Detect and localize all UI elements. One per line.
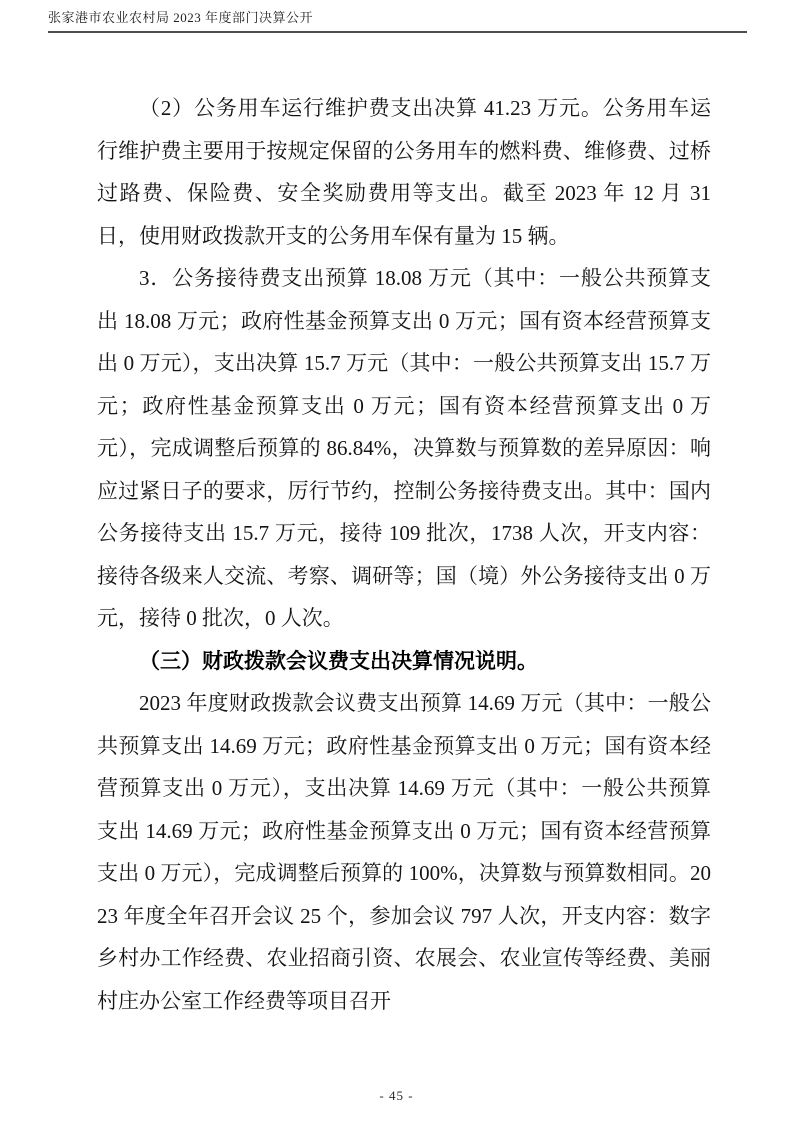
document-body: （2）公务用车运行维护费支出决算 41.23 万元。公务用车运行维护费主要用于按… [97, 87, 711, 1022]
paragraph: 3．公务接待费支出预算 18.08 万元（其中：一般公共预算支出 18.08 万… [97, 257, 711, 640]
page-header-title: 张家港市农业农村局 2023 年度部门决算公开 [48, 10, 747, 33]
paragraph: 2023 年度财政拨款会议费支出预算 14.69 万元（其中：一般公共预算支出 … [97, 682, 711, 1022]
document-page: 张家港市农业农村局 2023 年度部门决算公开 （2）公务用车运行维护费支出决算… [0, 0, 793, 1122]
page-number: - 45 - [0, 1088, 793, 1104]
section-heading: （三）财政拨款会议费支出决算情况说明。 [97, 640, 711, 683]
paragraph: （2）公务用车运行维护费支出决算 41.23 万元。公务用车运行维护费主要用于按… [97, 87, 711, 257]
